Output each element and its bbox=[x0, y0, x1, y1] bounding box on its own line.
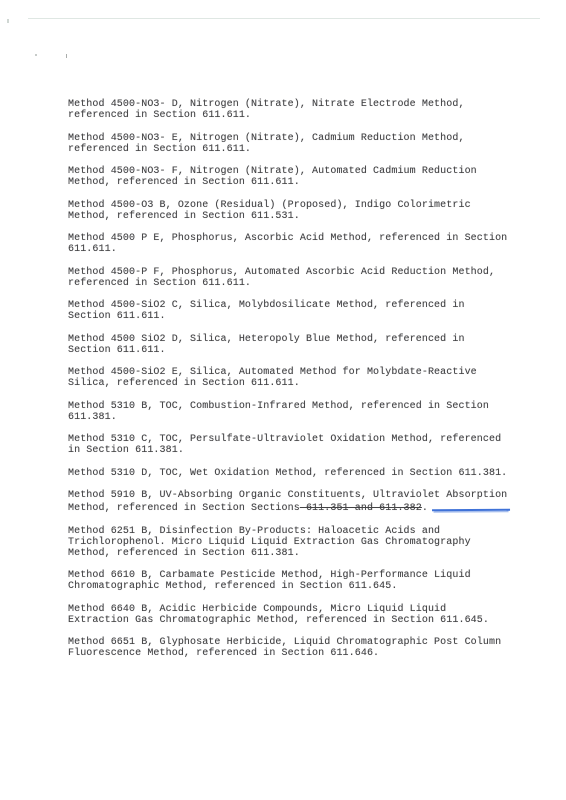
method-text: Method 4500-NO3- E, Nitrogen (Nitrate), … bbox=[68, 133, 465, 155]
method-text: Method 6610 B, Carbamate Pesticide Metho… bbox=[68, 570, 471, 592]
method-paragraph: Method 6651 B, Glyphosate Herbicide, Liq… bbox=[68, 637, 540, 659]
method-text: Method 4500-O3 B, Ozone (Residual) (Prop… bbox=[68, 200, 471, 222]
method-paragraph: Method 4500-NO3- D, Nitrogen (Nitrate), … bbox=[68, 99, 540, 121]
method-text: Method 4500-SiO2 C, Silica, Molybdosilic… bbox=[68, 300, 465, 322]
method-text: Method 5310 B, TOC, Combustion-Infrared … bbox=[68, 401, 489, 423]
method-paragraph: Method 5310 D, TOC, Wet Oxidation Method… bbox=[68, 468, 540, 479]
method-paragraph: Method 4500-O3 B, Ozone (Residual) (Prop… bbox=[68, 200, 540, 222]
scan-artifact-tick bbox=[7, 19, 9, 23]
scan-speck bbox=[35, 54, 37, 56]
method-text: Method 6251 B, Disinfection By-Products:… bbox=[68, 526, 471, 559]
method-text: Method 4500-NO3- D, Nitrogen (Nitrate), … bbox=[68, 99, 465, 121]
method-paragraph: Method 6640 B, Acidic Herbicide Compound… bbox=[68, 604, 540, 626]
method-paragraph: Method 5310 C, TOC, Persulfate-Ultraviol… bbox=[68, 434, 540, 456]
method-paragraph: Method 4500-P F, Phosphorus, Automated A… bbox=[68, 267, 540, 289]
method-paragraph: Method 4500-NO3- E, Nitrogen (Nitrate), … bbox=[68, 133, 540, 155]
document-page: Method 4500-NO3- D, Nitrogen (Nitrate), … bbox=[0, 0, 566, 800]
method-text: Method 6651 B, Glyphosate Herbicide, Liq… bbox=[68, 637, 501, 659]
method-list: Method 4500-NO3- D, Nitrogen (Nitrate), … bbox=[68, 99, 540, 671]
method-text-after-strike: . bbox=[422, 503, 428, 514]
method-paragraph: Method 4500 P E, Phosphorus, Ascorbic Ac… bbox=[68, 233, 540, 255]
method-text: Method 6640 B, Acidic Herbicide Compound… bbox=[68, 604, 489, 626]
method-paragraph: Method 4500-SiO2 E, Silica, Automated Me… bbox=[68, 367, 540, 389]
scan-artifact-line bbox=[28, 18, 540, 19]
struck-text: 611.351 and 611.382 bbox=[300, 503, 422, 514]
method-paragraph: Method 6251 B, Disinfection By-Products:… bbox=[68, 526, 540, 559]
method-text: Method 5310 D, TOC, Wet Oxidation Method… bbox=[68, 468, 507, 479]
method-text: Method 4500-P F, Phosphorus, Automated A… bbox=[68, 267, 495, 289]
method-paragraph: Method 4500-SiO2 C, Silica, Molybdosilic… bbox=[68, 300, 540, 322]
method-paragraph: Method 4500-NO3- F, Nitrogen (Nitrate), … bbox=[68, 166, 540, 188]
method-text: Method 5310 C, TOC, Persulfate-Ultraviol… bbox=[68, 434, 501, 456]
handwritten-blue-underline bbox=[432, 502, 510, 512]
method-text: Method 4500 P E, Phosphorus, Ascorbic Ac… bbox=[68, 233, 507, 255]
method-paragraph: Method 5310 B, TOC, Combustion-Infrared … bbox=[68, 401, 540, 423]
method-text: Method 4500 SiO2 D, Silica, Heteropoly B… bbox=[68, 334, 465, 356]
method-paragraph: Method 4500 SiO2 D, Silica, Heteropoly B… bbox=[68, 334, 540, 356]
scan-speck bbox=[66, 54, 67, 58]
method-text: Method 4500-NO3- F, Nitrogen (Nitrate), … bbox=[68, 166, 477, 188]
method-paragraph: Method 5910 B, UV-Absorbing Organic Cons… bbox=[68, 490, 540, 514]
method-paragraph: Method 6610 B, Carbamate Pesticide Metho… bbox=[68, 570, 540, 592]
method-text: Method 4500-SiO2 E, Silica, Automated Me… bbox=[68, 367, 477, 389]
